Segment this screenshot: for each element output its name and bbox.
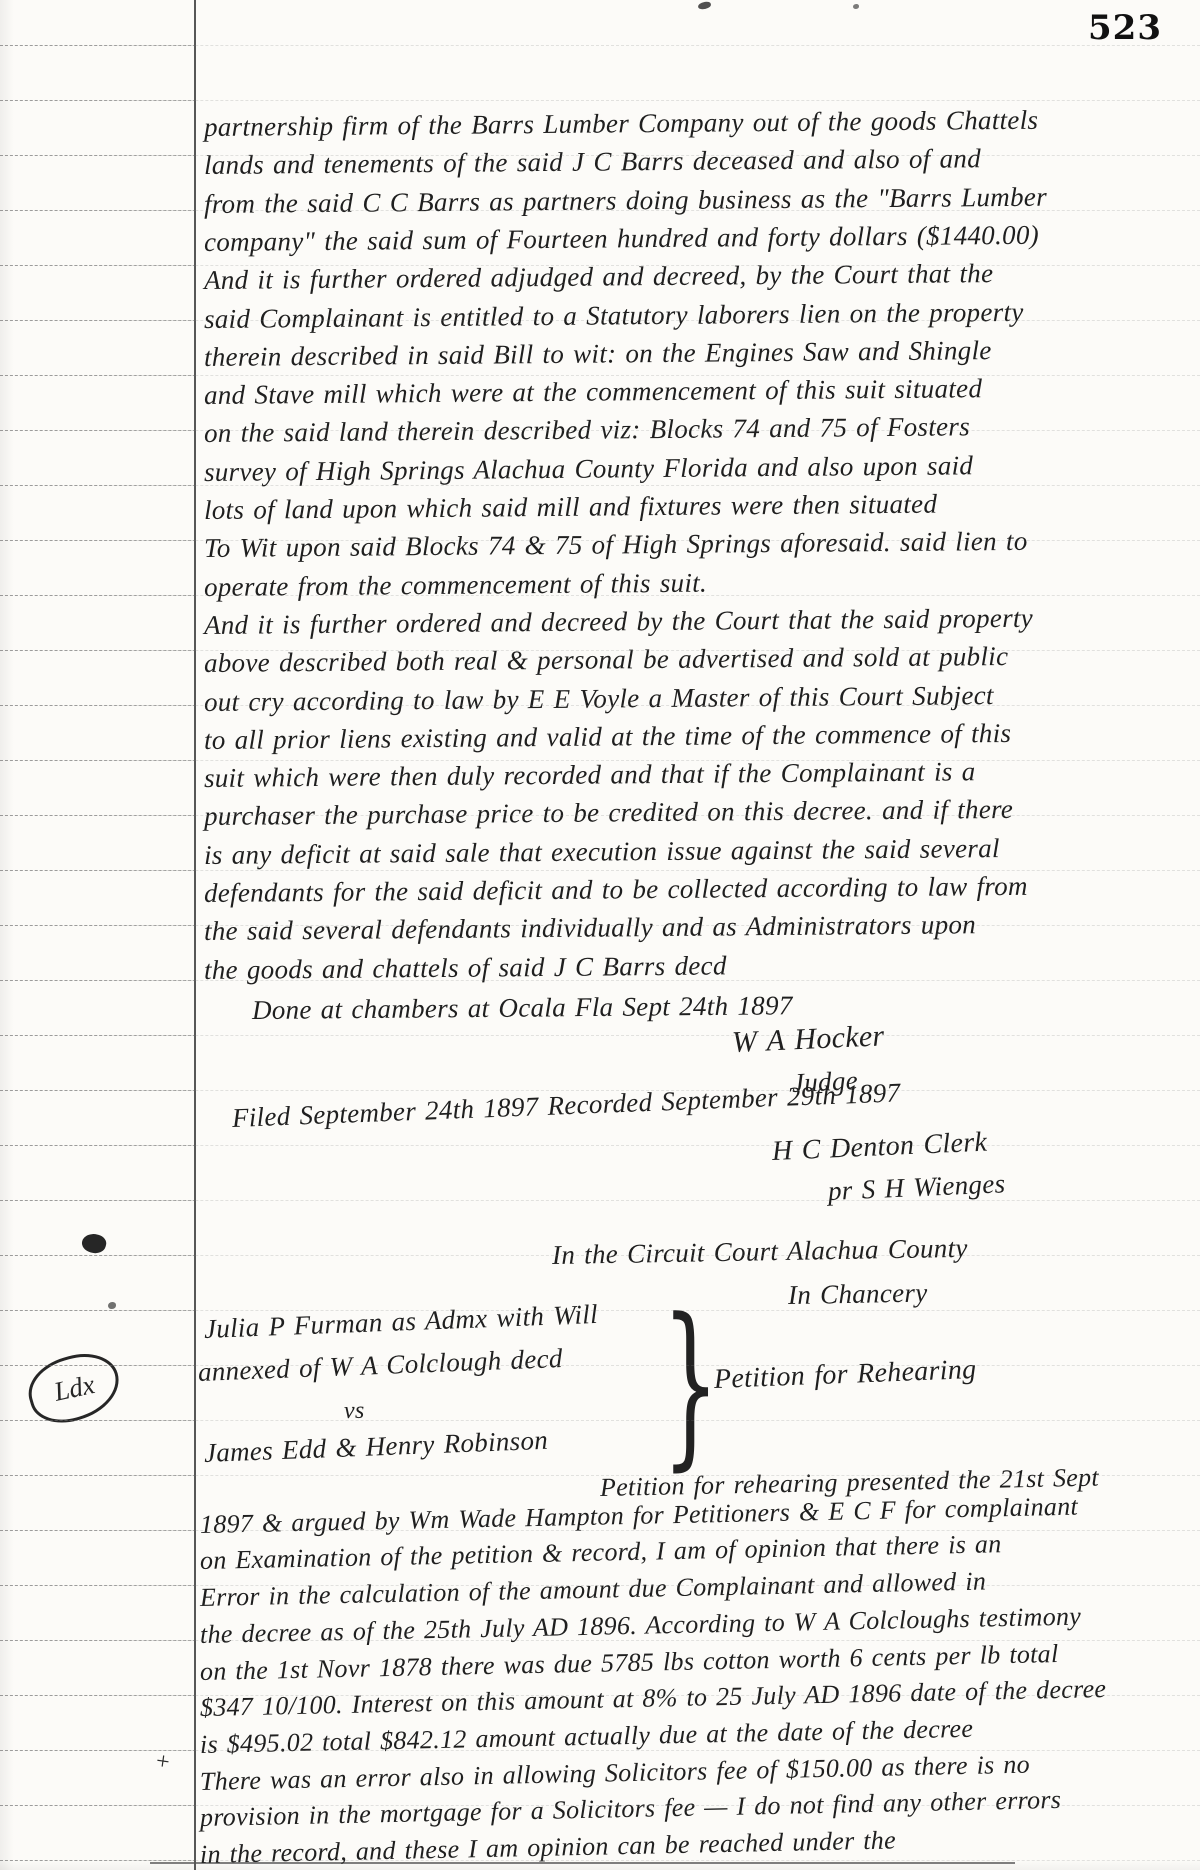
- ruled-line-margin-segment: [0, 1805, 196, 1806]
- decree-line-2: lands and tenements of the said J C Barr…: [204, 144, 981, 182]
- ruled-line-margin-segment: [0, 1310, 196, 1311]
- clerk-signature: H C Denton Clerk: [771, 1127, 988, 1169]
- ruled-line-margin-segment: [0, 650, 196, 651]
- decree-line-11: lots of land upon which said mill and fi…: [204, 489, 937, 526]
- ruled-line-margin-segment: [0, 485, 196, 486]
- decree-line-14: And it is further ordered and decreed by…: [204, 603, 1033, 641]
- index-margin-mark-label: Ldx: [51, 1369, 97, 1408]
- decree-line-5: And it is further ordered adjudged and d…: [204, 258, 994, 296]
- ruled-line-margin-segment: [0, 1365, 196, 1366]
- ruled-line-margin-segment: [0, 1475, 196, 1476]
- margin-rule-line: [194, 0, 196, 1870]
- ruled-line-margin-segment: [0, 705, 196, 706]
- ruled-line-margin-segment: [0, 430, 196, 431]
- decree-line-4: company" the said sum of Fourteen hundre…: [204, 220, 1039, 258]
- decree-line-16: out cry according to law by E E Voyle a …: [204, 680, 994, 718]
- ruled-line-margin-segment: [0, 1200, 196, 1201]
- ruled-line-margin-segment: [0, 1420, 196, 1421]
- ruled-line-margin-segment: [0, 1695, 196, 1696]
- page-number: 523: [1088, 8, 1162, 48]
- decree-line-8: and Stave mill which were at the commenc…: [204, 373, 982, 411]
- ruled-line-margin-segment: [0, 540, 196, 541]
- caption-versus: vs: [344, 1398, 365, 1426]
- deputy-clerk-signature: pr S H Wienges: [827, 1168, 1006, 1207]
- decree-line-19: purchaser the purchase price to be credi…: [204, 794, 1013, 832]
- ruled-line-margin-segment: [0, 1255, 196, 1256]
- scanned-ledger-page: 523 Done at chambers at Ocala Fla Sept 2…: [0, 0, 1200, 1870]
- ruled-line-margin-segment: [0, 45, 196, 46]
- ruled-line-margin-segment: [0, 210, 196, 211]
- caption-plaintiff-line1: Julia P Furman as Admx with Will: [203, 1299, 598, 1345]
- decree-line-21: defendants for the said deficit and to b…: [204, 871, 1028, 909]
- index-margin-mark: Ldx: [21, 1345, 127, 1432]
- decree-closing-line: Done at chambers at Ocala Fla Sept 24th …: [252, 990, 793, 1026]
- decree-line-12: To Wit upon said Blocks 74 & 75 of High …: [204, 526, 1028, 564]
- decree-line-6: said Complainant is entitled to a Statut…: [204, 296, 1024, 334]
- ruled-line-margin-segment: [0, 100, 196, 101]
- ruled-line-margin-segment: [0, 815, 196, 816]
- ruled-line-margin-segment: [0, 1640, 196, 1641]
- ruled-line-margin-segment: [0, 980, 196, 981]
- ruled-line-margin-segment: [0, 595, 196, 596]
- decree-line-17: to all prior liens existing and valid at…: [204, 718, 1012, 756]
- caption-defendant-line: James Edd & Henry Robinson: [203, 1425, 548, 1469]
- ink-speck: [108, 1302, 116, 1309]
- decree-line-15: above described both real & personal be …: [204, 641, 1009, 679]
- ruled-line-margin-segment: [0, 1860, 196, 1861]
- filing-line: Filed September 24th 1897 Recorded Septe…: [231, 1077, 901, 1134]
- ruled-line-margin-segment: [0, 870, 196, 871]
- court-heading: In the Circuit Court Alachua County: [552, 1233, 968, 1271]
- chancery-heading: In Chancery: [788, 1278, 928, 1311]
- judge-signature: W A Hocker: [731, 1019, 885, 1060]
- decree-line-18: suit which were then duly recorded and t…: [204, 756, 976, 794]
- ruled-line-margin-segment: [0, 320, 196, 321]
- ruled-line-margin-segment: [0, 1585, 196, 1586]
- matter-title: Petition for Rehearing: [713, 1354, 977, 1396]
- decree-line-3: from the said C C Barrs as partners doin…: [204, 181, 1047, 219]
- ink-speck: [697, 1, 711, 10]
- ruled-line-margin-segment: [0, 1090, 196, 1091]
- decree-line-7: therein described in said Bill to wit: o…: [204, 335, 992, 373]
- ruled-line-margin-segment: [0, 1530, 196, 1531]
- ruled-line-margin-segment: [0, 1750, 196, 1751]
- case-caption-brace: }: [662, 1296, 719, 1473]
- ruled-line-margin-segment: [0, 760, 196, 761]
- ruled-line-margin-segment: [0, 1035, 196, 1036]
- ruled-line-margin-segment: [0, 265, 196, 266]
- ruled-line-margin-segment: [0, 925, 196, 926]
- decree-line-1: partnership firm of the Barrs Lumber Com…: [204, 105, 1039, 143]
- ruled-line-margin-segment: [0, 1145, 196, 1146]
- ruled-line-margin-segment: [0, 155, 196, 156]
- margin-cross-mark: +: [154, 1748, 172, 1777]
- ink-blot: [80, 1231, 108, 1256]
- decree-line-13: operate from the commencement of this su…: [204, 567, 707, 602]
- ink-speck: [853, 4, 859, 9]
- decree-line-22: the said several defendants individually…: [204, 910, 976, 948]
- ruled-line-margin-segment: [0, 375, 196, 376]
- decree-line-20: is any deficit at said sale that executi…: [204, 833, 1000, 871]
- decree-line-10: survey of High Springs Alachua County Fl…: [204, 450, 973, 488]
